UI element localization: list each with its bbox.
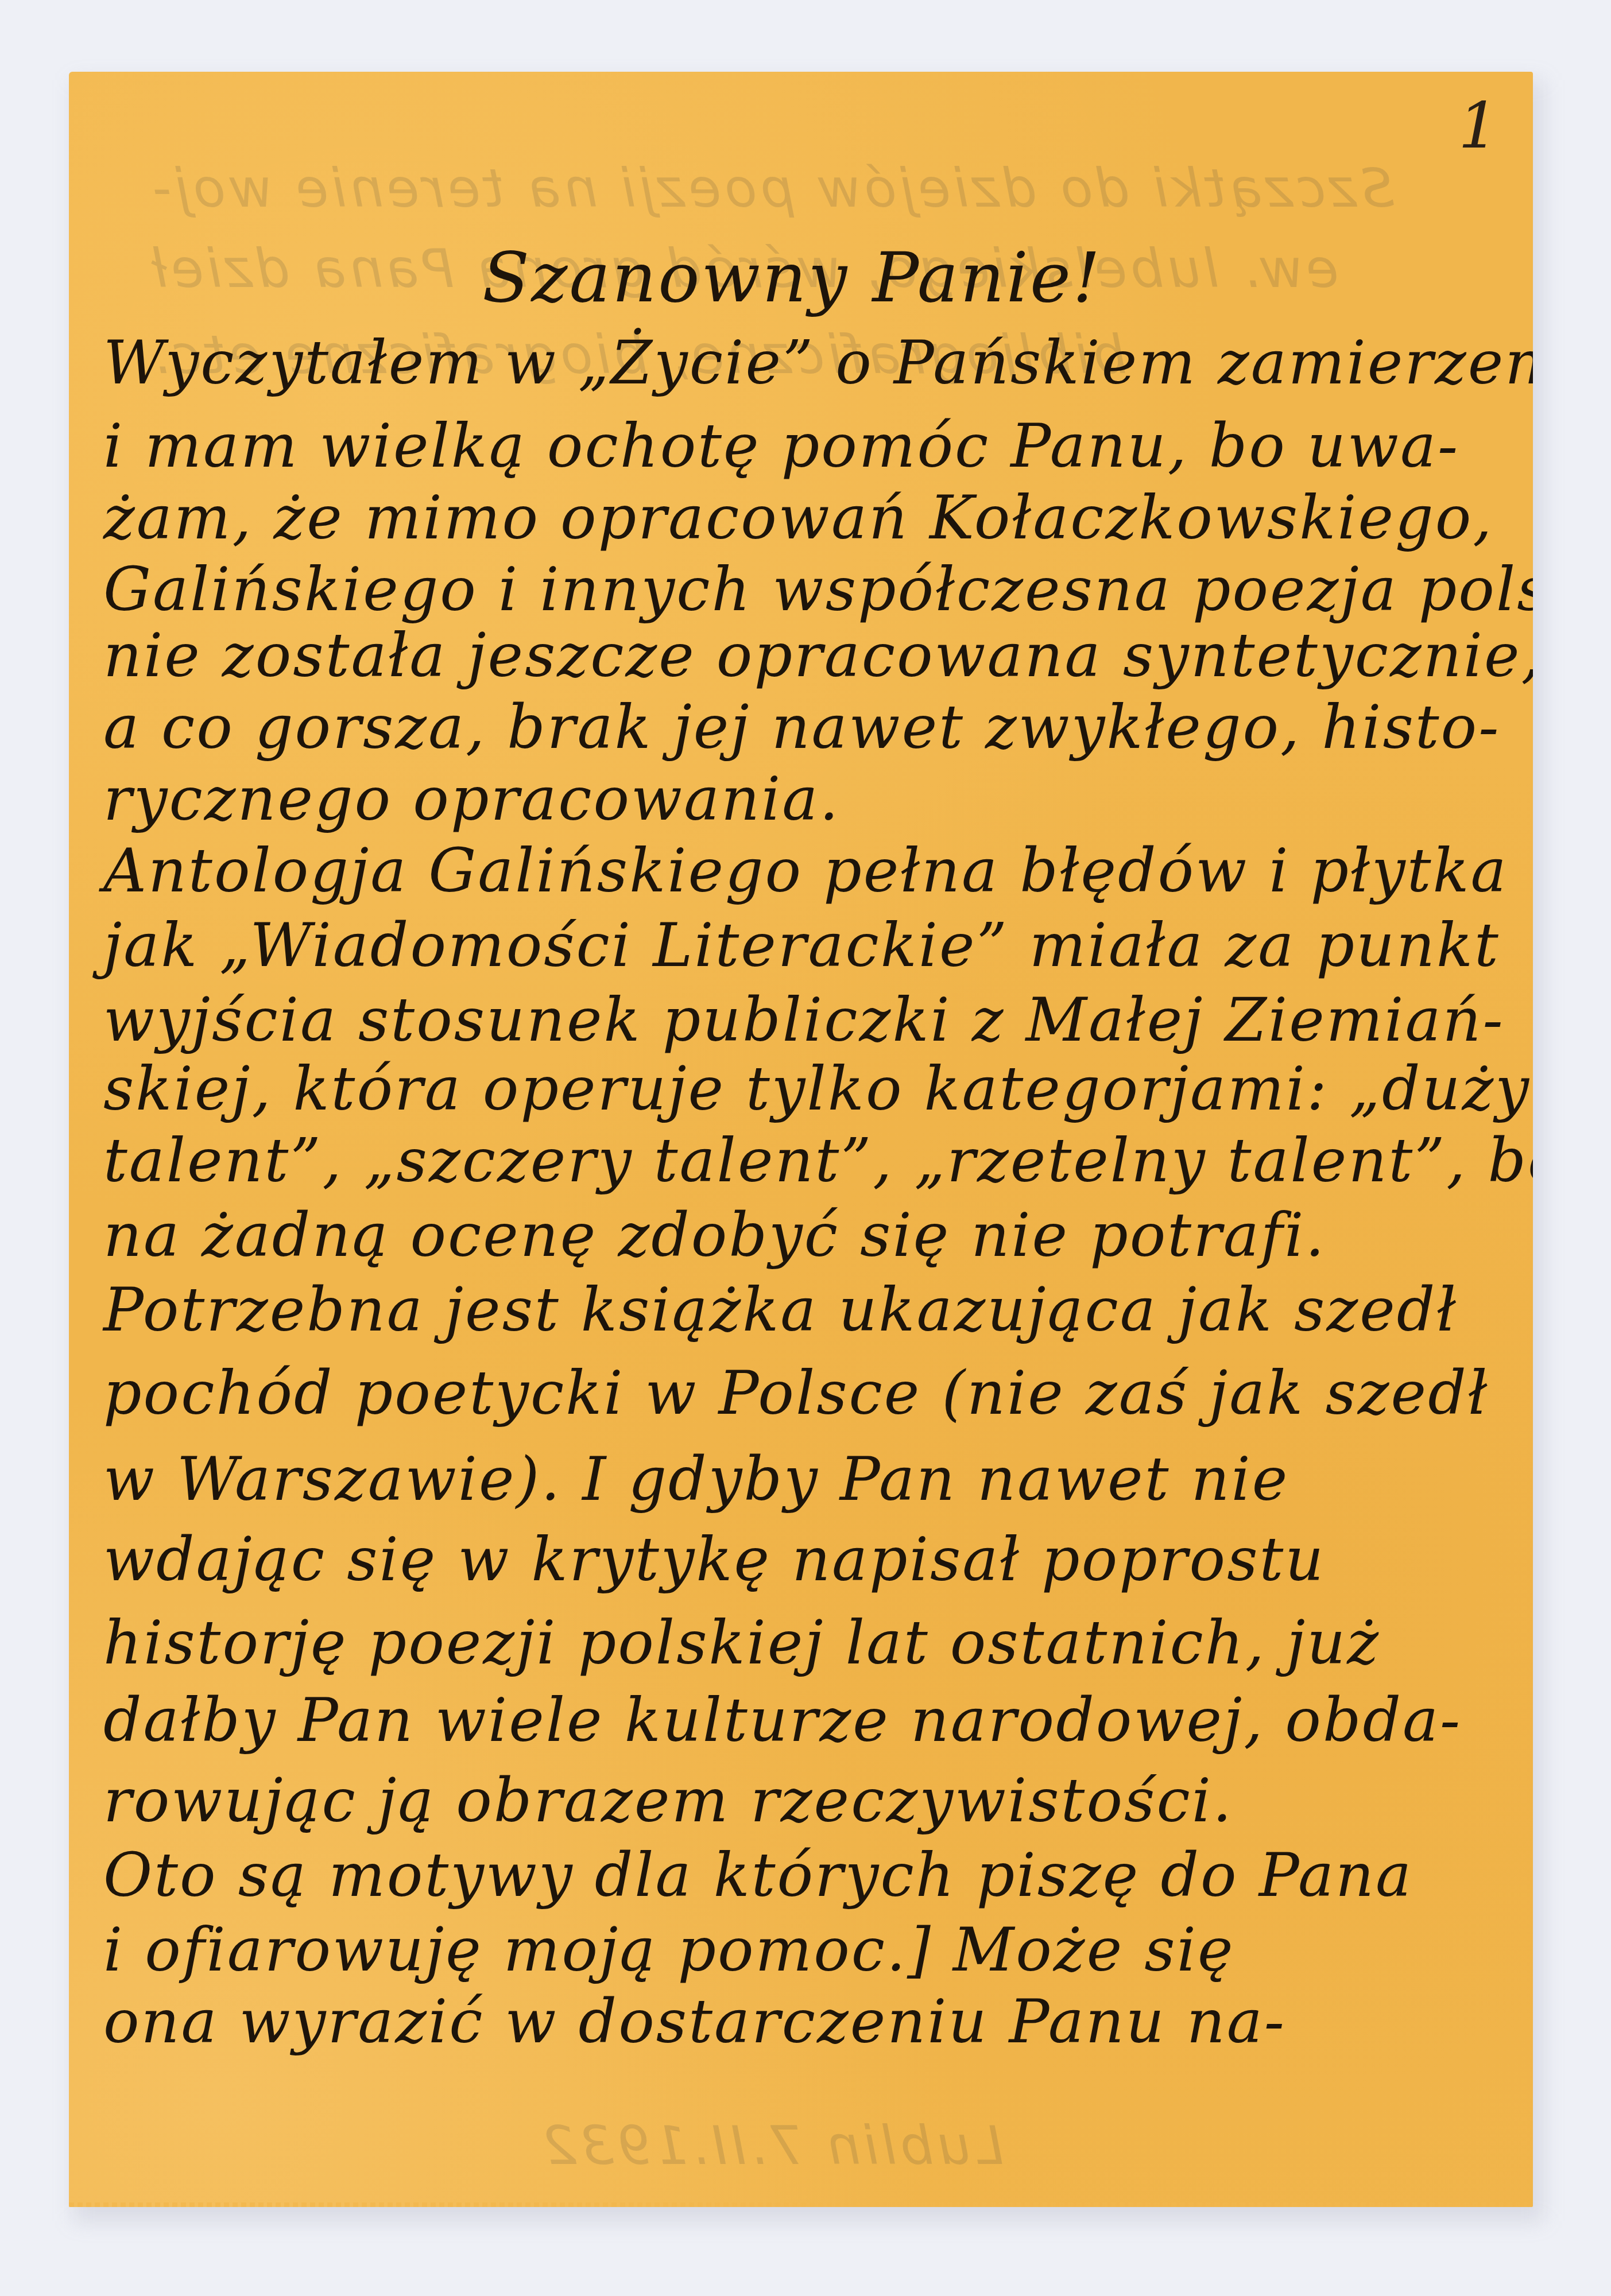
letter-line: dałby Pan wiele kulturze narodowej, obda… bbox=[103, 1690, 1462, 1750]
letter-line: wyjścia stosunek publiczki z Małej Ziemi… bbox=[103, 990, 1505, 1050]
letter-line: skiej, która operuje tylko kategorjami: … bbox=[103, 1059, 1531, 1119]
letter-line: Galińskiego i innych współczesna poezja … bbox=[103, 560, 1533, 619]
page-number: 1 bbox=[1458, 89, 1498, 162]
letter-line: wdając się w krytykę napisał poprostu bbox=[103, 1530, 1325, 1589]
letter-line: Potrzebna jest książka ukazująca jak sze… bbox=[103, 1280, 1458, 1340]
letter-line: w Warszawie). I gdyby Pan nawet nie bbox=[103, 1449, 1289, 1509]
letter-line: pochód poetycki w Polsce (nie zaś jak sz… bbox=[103, 1363, 1489, 1423]
show-through-line: Szczątki do dziejów poezji na terenie wo… bbox=[149, 158, 1394, 219]
letter-line: Wyczytałem w „Życie” o Pańskiem zamierze… bbox=[103, 333, 1533, 393]
letter-line: rowując ją obrazem rzeczywistości. bbox=[103, 1771, 1233, 1830]
letter-line: i mam wielką ochotę pomóc Panu, bo uwa- bbox=[103, 416, 1459, 476]
letter-line: żam, że mimo opracowań Kołaczkowskiego, bbox=[103, 488, 1493, 548]
letter-line: na żadną ocenę zdobyć się nie potrafi. bbox=[103, 1205, 1326, 1265]
letter-line: rycznego opracowania. bbox=[103, 769, 840, 829]
torn-bottom-edge bbox=[69, 2202, 1533, 2207]
letter-line: historję poezji polskiej lat ostatnich, … bbox=[103, 1613, 1380, 1673]
letter-line: talent”, „szczery talent”, „rzetelny tal… bbox=[103, 1131, 1533, 1190]
salutation: Szanowny Panie! bbox=[482, 244, 1102, 313]
letter-line: i ofiarowuję moją pomoc.] Może się bbox=[103, 1920, 1234, 1980]
letter-line: nie została jeszcze opracowana syntetycz… bbox=[103, 626, 1533, 685]
show-through-date: Lublin 7.II.1932 bbox=[540, 2115, 1004, 2177]
letter-line: ona wyrazić w dostarczeniu Panu na- bbox=[103, 1992, 1286, 2051]
letter-line: Antologja Galińskiego pełna błędów i pły… bbox=[103, 841, 1508, 901]
letter-line: a co gorsza, brak jej nawet zwykłego, hi… bbox=[103, 697, 1500, 757]
letter-line: jak „Wiadomości Literackie” miała za pun… bbox=[103, 916, 1500, 975]
letter-line: Oto są motywy dla których piszę do Pana bbox=[103, 1845, 1413, 1905]
letter-page: Szczątki do dziejów poezji na terenie wo… bbox=[69, 72, 1533, 2207]
